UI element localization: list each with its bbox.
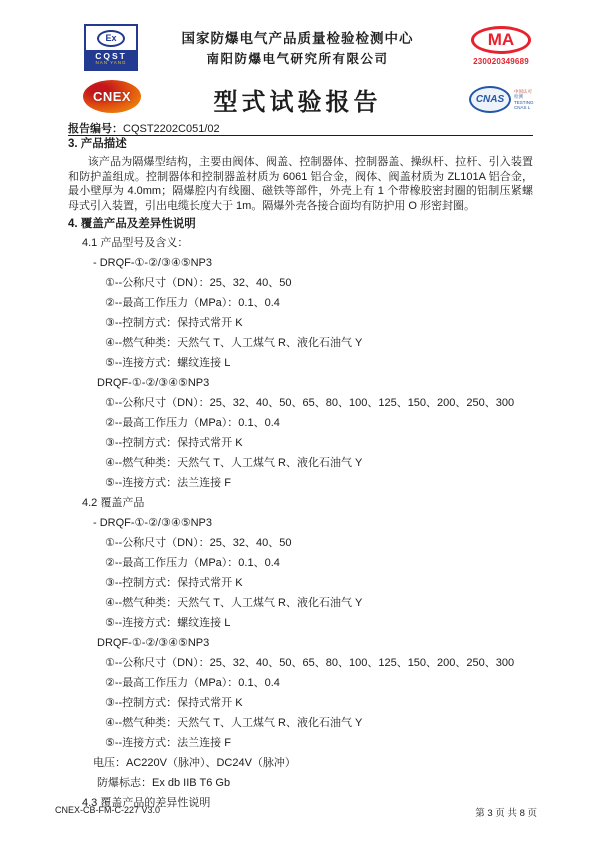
cnas-side-line4: CNAS L [514,105,534,110]
section-4-2-heading: 4.2 覆盖产品 [68,493,533,513]
report-page: Ex CQST NAN YANG 国家防爆电气产品质量检验检测中心 南阳防爆电气… [0,0,595,842]
model-spec-item: ②--最高工作压力（MPa）：0.1、0.4 [68,293,533,313]
model-spec-item: ②--最高工作压力（MPa）：0.1、0.4 [68,673,533,693]
cma-certificate-number: 230020349689 [468,57,534,66]
model-spec-item: ③--控制方式：保持式常开 K [68,433,533,453]
model-spec-item: ⑤--连接方式：法兰连接 F [68,473,533,493]
section-3-heading: 3. 产品描述 [68,137,533,153]
model-spec-item: ④--燃气种类：天然气 T、人工煤气 R、液化石油气 Y [68,453,533,473]
ex-marking-line: 防爆标志：Ex db IIB T6 Gb [68,773,533,793]
cnas-side-text: 中国认可 检测 TESTING CNAS L [514,89,534,110]
report-number-row: 报告编号：CQST2202C051/02 [68,120,220,136]
model-name: DRQF-①-②/③④⑤NP3 [68,633,533,653]
model-spec-item: ④--燃气种类：天然气 T、人工煤气 R、液化石油气 Y [68,593,533,613]
cnas-oval-icon: CNAS [469,86,511,113]
model-spec-item: ⑤--连接方式：螺纹连接 L [68,613,533,633]
model-name: DRQF-①-②/③④⑤NP3 [68,373,533,393]
model-spec-item: ③--控制方式：保持式常开 K [68,693,533,713]
model-spec-item: ④--燃气种类：天然气 T、人工煤气 R、液化石油气 Y [68,713,533,733]
header-divider [68,135,533,136]
model-spec-item: ④--燃气种类：天然气 T、人工煤气 R、液化石油气 Y [68,333,533,353]
cma-letters: MA [488,30,514,50]
footer-document-code: CNEX-CB-FM-C-227 V3.0 [55,805,160,815]
cnas-logo: CNAS 中国认可 检测 TESTING CNAS L [469,86,534,113]
model-name: - DRQF-①-②/③④⑤NP3 [68,253,533,273]
model-spec-item: ①--公称尺寸（DN）：25、32、40、50 [68,533,533,553]
model-spec-item: ③--控制方式：保持式常开 K [68,313,533,333]
model-spec-item: ①--公称尺寸（DN）：25、32、40、50 [68,273,533,293]
product-description-paragraph: 该产品为隔爆型结构，主要由阀体、阀盖、控制器体、控制器盖、操纵杆、拉杆、引入装置… [68,155,533,213]
report-number-value: CQST2202C051/02 [123,123,220,135]
section-4-1-heading: 4.1 产品型号及含义： [68,233,533,253]
report-number-label: 报告编号： [68,123,123,135]
footer-page-number: 第 3 页 共 8 页 [475,805,537,819]
model-spec-item: ⑤--连接方式：法兰连接 F [68,733,533,753]
model-spec-item: ②--最高工作压力（MPa）：0.1、0.4 [68,413,533,433]
cnas-letters: CNAS [476,94,504,105]
voltage-line: 电压：AC220V（脉冲）、DC24V（脉冲） [68,753,533,773]
report-body: 3. 产品描述 该产品为隔爆型结构，主要由阀体、阀盖、控制器体、控制器盖、操纵杆… [68,137,533,813]
model-spec-item: ②--最高工作压力（MPa）：0.1、0.4 [68,553,533,573]
section-4-heading: 4. 覆盖产品及差异性说明 [68,215,533,233]
model-spec-item: ①--公称尺寸（DN）：25、32、40、50、65、80、100、125、15… [68,393,533,413]
model-spec-item: ③--控制方式：保持式常开 K [68,573,533,593]
model-name: - DRQF-①-②/③④⑤NP3 [68,513,533,533]
cma-logo: MA 230020349689 [468,26,534,66]
cma-ring-icon: MA [471,26,531,54]
model-spec-item: ①--公称尺寸（DN）：25、32、40、50、65、80、100、125、15… [68,653,533,673]
model-spec-item: ⑤--连接方式：螺纹连接 L [68,353,533,373]
